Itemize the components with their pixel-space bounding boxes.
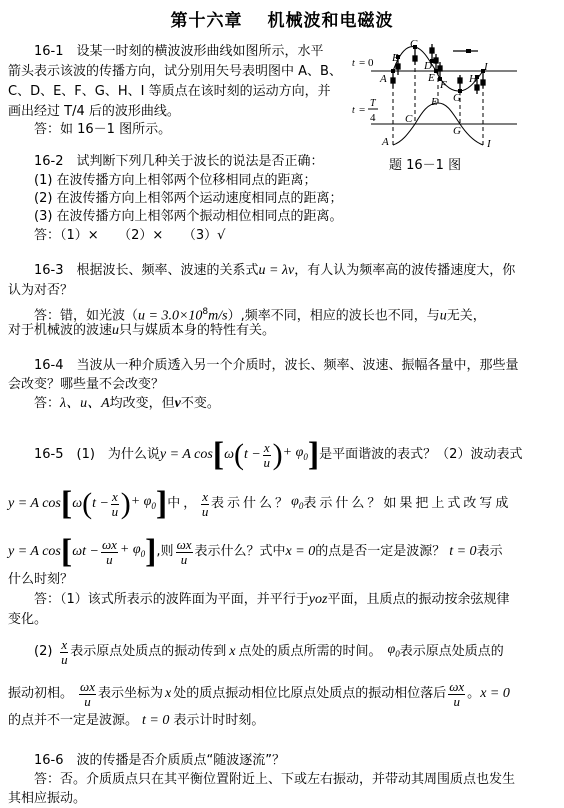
- q6-answer-2: 其相应振动。: [8, 791, 86, 807]
- wave-diagram: t = 0 t = T 4: [340, 38, 564, 173]
- q4-answer: 答：λ、u、A均改变，但ν不变。: [34, 396, 220, 412]
- chapter-title: 第十六章 机械波和电磁波: [0, 6, 564, 31]
- svg-text:C: C: [405, 113, 413, 125]
- svg-text:C: C: [410, 38, 418, 50]
- wave-equation-3: y = A cos: [8, 544, 61, 560]
- svg-text:t: t: [352, 105, 355, 116]
- q2-item-3: (3) 在波传播方向上相邻两个振动相位相同点的距离。: [34, 209, 343, 225]
- svg-text:I: I: [486, 138, 492, 150]
- q1-answer: 答：如 16－1 图所示。: [34, 122, 171, 138]
- svg-text:G: G: [453, 125, 461, 137]
- svg-text:A: A: [381, 136, 389, 148]
- svg-text:E: E: [430, 96, 438, 108]
- q3-answer-1: 答：错，如光波（u = 3.0×108m/s）,频率不同，相应的波长也不同，与u…: [34, 304, 486, 324]
- q5-answer-4: 的点并不一定是波源。t = 0表示计时时刻。: [8, 713, 264, 729]
- svg-text:t: t: [352, 58, 355, 69]
- wave-figure: t = 0 t = T 4: [340, 38, 564, 173]
- q5-answer-1: 答：（1）该式所表示的波阵面为平面，并平行于yoz平面，且质点的振动按余弦规律: [34, 592, 509, 608]
- q4-line-1: 16-4 当波从一种介质透入另一个介质时，波长、频率、波速、振幅各量中，那些量: [34, 358, 519, 374]
- svg-text:D: D: [423, 60, 432, 72]
- q2-item-1: (1) 在波传播方向上相邻两个位移相同点的距离；: [34, 173, 317, 189]
- q2-item-2: (2) 在波传播方向上相邻两个运动速度相同点的距离；: [34, 191, 343, 207]
- q5-line-4: 什么时刻？: [8, 572, 73, 588]
- svg-text:H: H: [468, 73, 478, 85]
- q1-line-2: 箭头表示该波的传播方向，试分别用矢号表明图中 A、B、: [8, 64, 342, 80]
- svg-text:F: F: [439, 79, 447, 91]
- q1-line-3: C、D、E、F、G、H、I 等质点在该时刻的运动方向，并: [8, 84, 331, 100]
- svg-text:G: G: [453, 92, 461, 104]
- figure-caption: 题 16－1 图: [389, 154, 461, 173]
- q5-line-2: y = A cos [ω(t − xu )+ φ0] 中， xu 表示什么？ φ…: [8, 486, 511, 522]
- q5-line-1: 16-5 (1) 为什么说 y = A cos [ω(t − xu )+ φ0]…: [34, 437, 522, 473]
- q1-line-1: 16-1 设某一时刻的横波波形曲线如图所示，水平: [34, 44, 324, 60]
- svg-text:T: T: [370, 98, 377, 109]
- q6-question: 16-6 波的传播是否介质质点“随波逐流”？: [34, 753, 285, 769]
- q3-line-1: 16-3 根据波长、频率、波速的关系式u = λν，有人认为频率高的波传播速度大…: [34, 263, 515, 279]
- q5-answer-1-cont: 变化。: [8, 612, 47, 628]
- svg-text:=: =: [359, 104, 365, 116]
- q2-question: 16-2 试判断下列几种关于波长的说法是否正确：: [34, 154, 324, 170]
- wave-equation-1: y = A cos: [160, 447, 213, 463]
- q3-answer-2: 对于机械波的波速u只与媒质本身的特性有关。: [8, 323, 275, 339]
- q5-answer-3: 振动初相。 ωxu 表示坐标为 x 处的质点振动相位比原点处质点的振动相位落后 …: [8, 676, 510, 712]
- q6-answer-1: 答：否。介质质点只在其平衡位置附近上、下或左右振动，并带动其周围质点也发生: [34, 772, 515, 788]
- svg-text:B: B: [392, 52, 399, 64]
- svg-text:A: A: [379, 73, 387, 85]
- svg-text:E: E: [427, 72, 435, 84]
- svg-text:= 0: = 0: [359, 57, 374, 69]
- q4-line-2: 会改变？哪些量不会改变？: [8, 377, 164, 393]
- q1-line-4: 画出经过 T/4 后的波形曲线。: [8, 104, 180, 120]
- svg-text:4: 4: [370, 112, 376, 124]
- q2-answer: 答：（1）× （2）× （3）√: [34, 228, 225, 244]
- q3-line-2: 认为对否？: [8, 283, 73, 299]
- wave-equation-2: y = A cos: [8, 496, 61, 512]
- q5-answer-2: (2) xu 表示原点处质点的振动传到 x 点处的质点所需的时间。 φ0 表示原…: [34, 634, 504, 670]
- q5-line-3: y = A cos [ωt − ωxu + φ0] ,则 ωxu 表示什么？式中…: [8, 534, 503, 570]
